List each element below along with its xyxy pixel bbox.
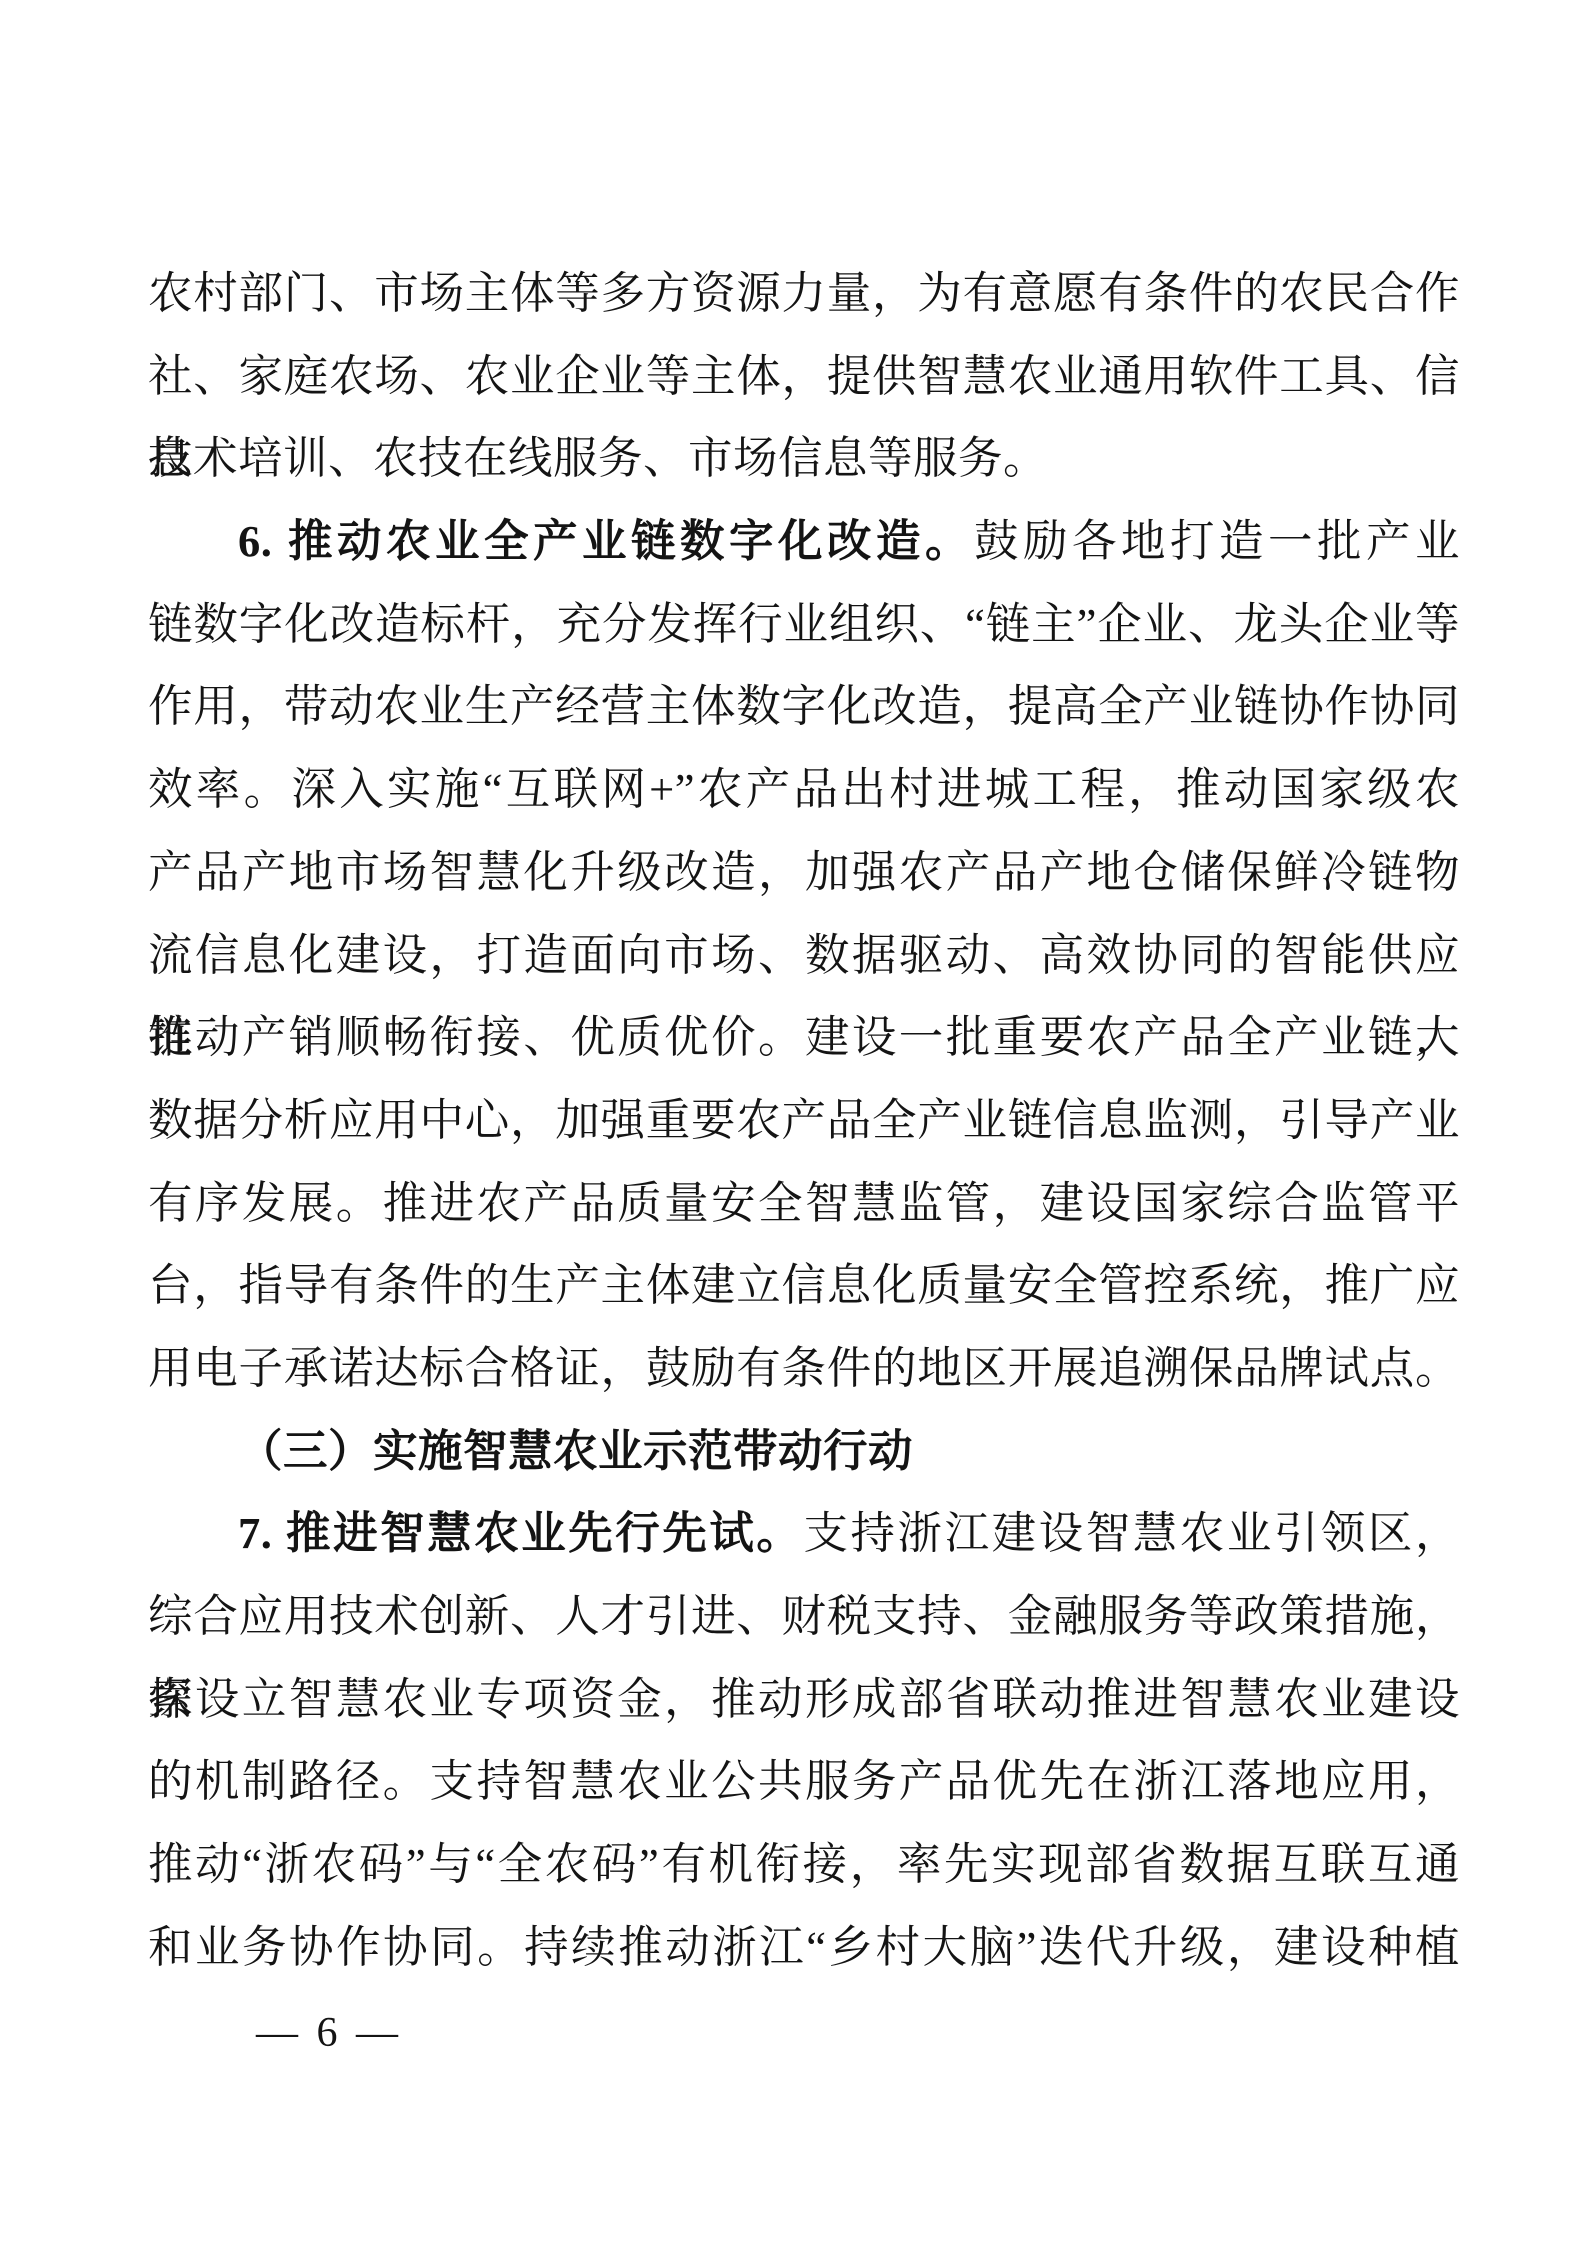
text-line: 作用，带动农业生产经营主体数字化改造，提高全产业链协作协同 xyxy=(148,665,1460,748)
bold-heading-text: （三）实施智慧农业示范带动行动 xyxy=(238,1426,913,1476)
page-number: — 6 — xyxy=(256,2010,402,2056)
text-line: 技术培训、农技在线服务、市场信息等服务。 xyxy=(148,417,1460,500)
body-text: 农村部门、市场主体等多方资源力量，为有意愿有条件的农民合作 xyxy=(148,268,1460,318)
body-text: 的机制路径。支持智慧农业公共服务产品优先在浙江落地应用， xyxy=(148,1756,1460,1806)
text-line: 效率。深入实施“互联网+”农产品出村进城工程，推动国家级农 xyxy=(148,748,1460,831)
text-line: 推动“浙农码”与“全农码”有机衔接，率先实现部省数据互联互通 xyxy=(148,1823,1460,1906)
text-line: 社、家庭农场、农业企业等主体，提供智慧农业通用软件工具、信息 xyxy=(148,335,1460,418)
body-text: 效率。深入实施“互联网+”农产品出村进城工程，推动国家级农 xyxy=(148,764,1460,814)
body-text: 鼓励各地打造一批产业 xyxy=(974,516,1460,566)
body-text: 推动产销顺畅衔接、优质优价。建设一批重要农产品全产业链大 xyxy=(148,1012,1460,1062)
body-text: 链数字化改造标杆，充分发挥行业组织、“链主”企业、龙头企业等 xyxy=(148,599,1460,649)
document-page: 农村部门、市场主体等多方资源力量，为有意愿有条件的农民合作社、家庭农场、农业企业… xyxy=(0,0,1587,2245)
body-text: 台，指导有条件的生产主体建立信息化质量安全管控系统，推广应 xyxy=(148,1260,1460,1310)
text-line: 有序发展。推进农产品质量安全智慧监管，建设国家综合监管平 xyxy=(148,1162,1460,1245)
body-text: 和业务协作协同。持续推动浙江“乡村大脑”迭代升级，建设种植 xyxy=(148,1922,1460,1972)
text-line: 链数字化改造标杆，充分发挥行业组织、“链主”企业、龙头企业等 xyxy=(148,583,1460,666)
text-lines: 农村部门、市场主体等多方资源力量，为有意愿有条件的农民合作社、家庭农场、农业企业… xyxy=(148,252,1460,1988)
text-line: 流信息化建设，打造面向市场、数据驱动、高效协同的智能供应链， xyxy=(148,914,1460,997)
body-text: 索设立智慧农业专项资金，推动形成部省联动推进智慧农业建设 xyxy=(148,1674,1460,1724)
text-line: 7. 推进智慧农业先行先试。支持浙江建设智慧农业引领区， xyxy=(148,1492,1460,1575)
text-line: 产品产地市场智慧化升级改造，加强农产品产地仓储保鲜冷链物 xyxy=(148,831,1460,914)
text-line: 推动产销顺畅衔接、优质优价。建设一批重要农产品全产业链大 xyxy=(148,996,1460,1079)
text-line: 用电子承诺达标合格证，鼓励有条件的地区开展追溯保品牌试点。 xyxy=(148,1327,1460,1410)
body-text: 有序发展。推进农产品质量安全智慧监管，建设国家综合监管平 xyxy=(148,1178,1460,1228)
body-text: 数据分析应用中心，加强重要农产品全产业链信息监测，引导产业 xyxy=(148,1095,1460,1145)
body-text: 作用，带动农业生产经营主体数字化改造，提高全产业链协作协同 xyxy=(148,681,1460,731)
text-line: 农村部门、市场主体等多方资源力量，为有意愿有条件的农民合作 xyxy=(148,252,1460,335)
text-line: 6. 推动农业全产业链数字化改造。鼓励各地打造一批产业 xyxy=(148,500,1460,583)
text-line: 索设立智慧农业专项资金，推动形成部省联动推进智慧农业建设 xyxy=(148,1658,1460,1741)
text-line: 综合应用技术创新、人才引进、财税支持、金融服务等政策措施，探 xyxy=(148,1575,1460,1658)
text-line: 的机制路径。支持智慧农业公共服务产品优先在浙江落地应用， xyxy=(148,1740,1460,1823)
body-text: 用电子承诺达标合格证，鼓励有条件的地区开展追溯保品牌试点。 xyxy=(148,1343,1460,1393)
body-text: 技术培训、农技在线服务、市场信息等服务。 xyxy=(148,433,1048,483)
body-text: 产品产地市场智慧化升级改造，加强农产品产地仓储保鲜冷链物 xyxy=(148,847,1460,897)
text-line: （三）实施智慧农业示范带动行动 xyxy=(148,1410,1460,1493)
body-text: 支持浙江建设智慧农业引领区， xyxy=(803,1508,1460,1558)
bold-heading-text: 7. 推进智慧农业先行先试。 xyxy=(238,1508,803,1558)
body-text: 推动“浙农码”与“全农码”有机衔接，率先实现部省数据互联互通 xyxy=(148,1839,1460,1889)
bold-heading-text: 6. 推动农业全产业链数字化改造。 xyxy=(238,516,974,566)
text-line: 台，指导有条件的生产主体建立信息化质量安全管控系统，推广应 xyxy=(148,1244,1460,1327)
text-line: 和业务协作协同。持续推动浙江“乡村大脑”迭代升级，建设种植 xyxy=(148,1906,1460,1989)
text-line: 数据分析应用中心，加强重要农产品全产业链信息监测，引导产业 xyxy=(148,1079,1460,1162)
